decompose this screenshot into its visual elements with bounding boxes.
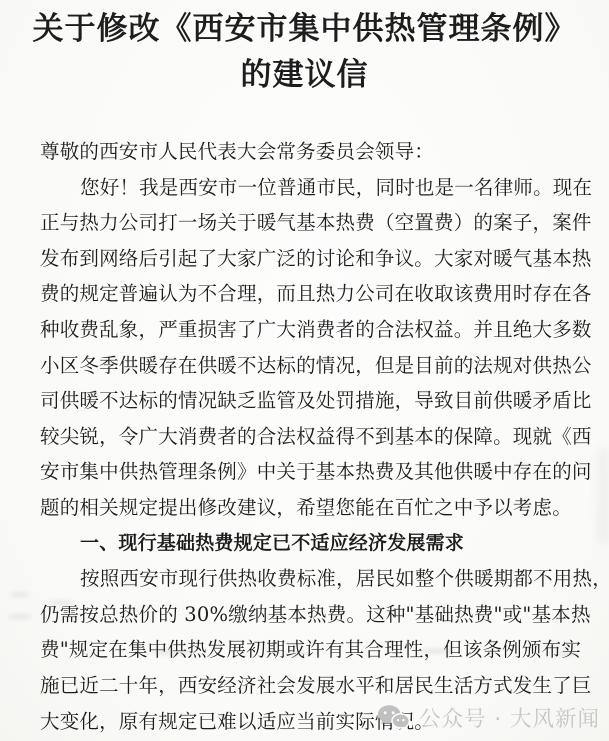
- body-line: 题的相关规定提出修改建议，希望您能在百忙之中予以考虑。: [40, 490, 571, 526]
- scan-artifact: [597, 448, 609, 543]
- section-heading: 一、现行基础热费规定已不适应经济发展需求: [40, 526, 571, 562]
- document-page: 关于修改《西安市集中供热管理条例》 的建议信 尊敬的西安市人民代表大会常务委员会…: [0, 0, 609, 741]
- body-line: 施已近二十年，西安经济社会发展水平和居民生活方式发生了巨: [40, 668, 571, 704]
- wechat-icon: [377, 704, 410, 732]
- letter-body: 尊敬的西安市人民代表大会常务委员会领导：您好！我是西安市一位普通市民，同时也是一…: [40, 134, 571, 739]
- body-line: 小区冬季供暖存在供暖不达标的情况，但是目前的法规对供热公: [40, 348, 571, 384]
- scan-artifact: [556, 651, 578, 656]
- body-line: 司供暖不达标的情况缺乏监管及处罚措施，导致目前供暖矛盾比: [40, 383, 571, 419]
- body-line: 您好！我是西安市一位普通市民，同时也是一名律师。现在: [40, 170, 571, 206]
- scan-artifact: [8, 614, 32, 619]
- body-line: 正与热力公司打一场关于暖气基本热费（空置费）的案子，案件: [40, 205, 571, 241]
- page-title: 关于修改《西安市集中供热管理条例》 的建议信: [0, 6, 609, 98]
- body-line: 费"规定在集中供热发展初期或许有其合理性，但该条例颁布实: [40, 632, 571, 668]
- body-line: 较尖锐，令广大消费者的合法权益得不到基本的保障。现就《西: [40, 419, 571, 455]
- watermark: 公众号 · 大风新闻: [377, 702, 600, 733]
- body-line: 仍需按总热价的 30%缴纳基本热费。这种"基础热费"或"基本热: [40, 597, 571, 633]
- body-line: 安市集中供热管理条例》中关于基本热费及其他供暖中存在的问: [40, 454, 571, 490]
- scan-artifact: [48, 600, 74, 605]
- body-line: 费的规定普遍认为不合理，而且热力公司在收取该费用时存在各: [40, 276, 571, 312]
- watermark-label: 公众号 · 大风新闻: [419, 702, 600, 733]
- scan-artifact: [285, 651, 311, 656]
- body-line: 发布到网络后引起了大家广泛的讨论和争议。大家对暖气基本热: [40, 241, 571, 277]
- body-line: 尊敬的西安市人民代表大会常务委员会领导：: [40, 134, 571, 170]
- page-title-line-1: 关于修改《西安市集中供热管理条例》: [0, 6, 609, 52]
- scan-artifact: [420, 648, 454, 654]
- scan-artifact: [150, 649, 194, 655]
- scan-artifact: [10, 592, 30, 597]
- body-line: 种收费乱象，严重损害了广大消费者的合法权益。并且绝大多数: [40, 312, 571, 348]
- body-line: 按照西安市现行供热收费标准，居民如整个供暖期都不用热，: [40, 561, 571, 597]
- page-title-line-2: 的建议信: [0, 52, 609, 98]
